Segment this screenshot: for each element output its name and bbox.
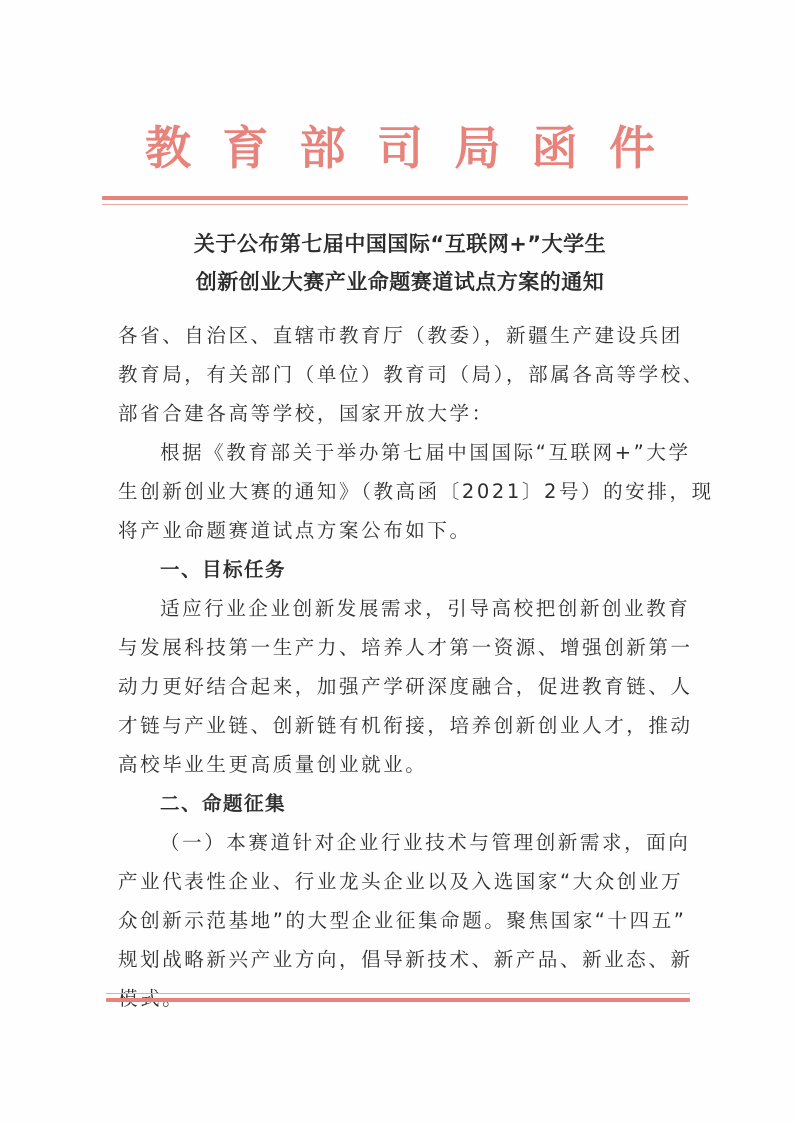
section1-line: 高校毕业生更高质量创业就业。 [118, 745, 678, 784]
intro-line: 将产业命题赛道试点方案公布如下。 [118, 511, 678, 550]
letterhead-rule-thin [102, 204, 688, 205]
letterhead-rule-thick [102, 196, 688, 200]
section2-line: 众创新示范基地”的大型企业征集命题。聚焦国家“十四五” [118, 901, 678, 940]
document-title-line-2: 创新创业大赛产业命题赛道试点方案的通知 [100, 266, 700, 296]
salutation-line: 各省、自治区、直辖市教育厅（教委），新疆生产建设兵团 [118, 316, 678, 355]
letterhead-char: 局 [447, 118, 507, 178]
letterhead-char: 司 [370, 118, 430, 178]
footer-rule-thin [106, 993, 690, 994]
salutation-line: 部省合建各高等学校，国家开放大学： [118, 394, 678, 433]
section1-line: 动力更好结合起来，加强产学研深度融合，促进教育链、人 [118, 667, 678, 706]
section1-line: 才链与产业链、创新链有机衔接，培养创新创业人才，推动 [118, 706, 678, 745]
footer-rule-thick [106, 998, 690, 1002]
letterhead-char: 教 [138, 118, 198, 178]
letterhead-char: 件 [602, 118, 662, 178]
document-title-line-1: 关于公布第七届中国国际“互联网+”大学生 [100, 228, 700, 258]
letterhead-char: 函 [525, 118, 585, 178]
salutation-line: 教育局，有关部门（单位）教育司（局），部属各高等学校、 [118, 355, 678, 394]
intro-line: 生创新创业大赛的通知》（教高函〔2021〕2号）的安排，现 [118, 472, 678, 511]
section1-line: 与发展科技第一生产力、培养人才第一资源、增强创新第一 [118, 628, 678, 667]
section-heading-topic-collection: 二、命题征集 [118, 784, 678, 823]
section2-line: （一）本赛道针对企业行业技术与管理创新需求，面向 [118, 823, 678, 862]
section-heading-goals: 一、目标任务 [118, 550, 678, 589]
document-body: 各省、自治区、直辖市教育厅（教委），新疆生产建设兵团 教育局，有关部门（单位）教… [118, 316, 678, 1018]
section1-line: 适应行业企业创新发展需求，引导高校把创新创业教育 [118, 589, 678, 628]
section2-line: 产业代表性企业、行业龙头企业以及入选国家“大众创业万 [118, 862, 678, 901]
letterhead-char: 部 [293, 118, 353, 178]
letterhead-char: 育 [215, 118, 275, 178]
intro-line: 根据《教育部关于举办第七届中国国际“互联网+”大学 [118, 433, 678, 472]
section2-line: 规划战略新兴产业方向，倡导新技术、新产品、新业态、新 [118, 940, 678, 979]
document-page: 教育部司局函件 关于公布第七届中国国际“互联网+”大学生 创新创业大赛产业命题赛… [0, 0, 796, 1122]
letterhead-title: 教育部司局函件 [100, 118, 700, 178]
